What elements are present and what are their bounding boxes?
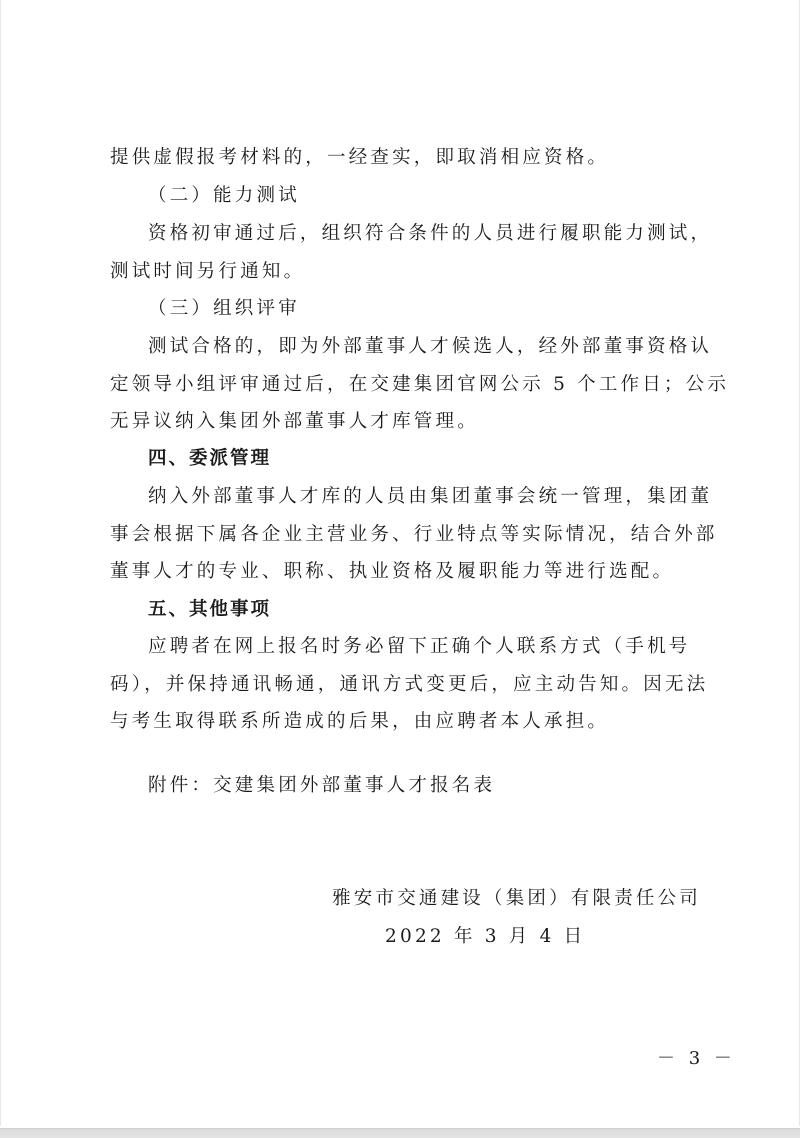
body-text-line: 定领导小组评审通过后，在交建集团官网公示 5 个工作日；公示 [110, 373, 729, 397]
body-text-line: 测试合格的，即为外部董事人才候选人，经外部董事资格认 [148, 335, 712, 359]
body-text-line: 资格初审通过后，组织符合条件的人员进行履职能力测试， [148, 222, 712, 246]
section-heading: 四、委派管理 [148, 447, 271, 471]
signature-date: 2022 年 3 月 4 日 [385, 925, 585, 949]
body-text-line: 应聘者在网上报名时务必留下正确个人联系方式（手机号 [148, 635, 691, 659]
body-text-line: 与考生取得联系所造成的后果，由应聘者本人承担。 [110, 710, 609, 734]
subsection-heading: （二）能力测试 [148, 184, 300, 208]
body-text-line: 纳入外部董事人才库的人员由集团董事会统一管理，集团董 [148, 485, 712, 509]
body-text-line: 码），并保持通讯畅通，通讯方式变更后，应主动告知。因无法 [110, 673, 708, 697]
section-heading: 五、其他事项 [148, 598, 271, 622]
body-text-line: 提供虚假报考材料的，一经查实，即取消相应资格。 [110, 146, 609, 170]
horizontal-scrollbar[interactable] [0, 1128, 800, 1138]
body-text-line: 测试时间另行通知。 [110, 260, 305, 284]
attachment-note: 附件：交建集团外部董事人才报名表 [148, 774, 495, 798]
subsection-heading: （三）组织评审 [148, 297, 300, 321]
page-number: － 3 － [657, 1044, 736, 1070]
signature-organization: 雅安市交通建设（集团）有限责任公司 [332, 887, 701, 911]
body-text-line: 董事人才的专业、职称、执业资格及履职能力等进行选配。 [110, 560, 674, 584]
body-text-line: 无异议纳入集团外部董事人才库管理。 [110, 410, 479, 434]
body-text-line: 事会根据下属各企业主营业务、行业特点等实际情况，结合外部 [110, 523, 718, 547]
document-page: 提供虚假报考材料的，一经查实，即取消相应资格。 （二）能力测试 资格初审通过后，… [0, 0, 800, 1126]
